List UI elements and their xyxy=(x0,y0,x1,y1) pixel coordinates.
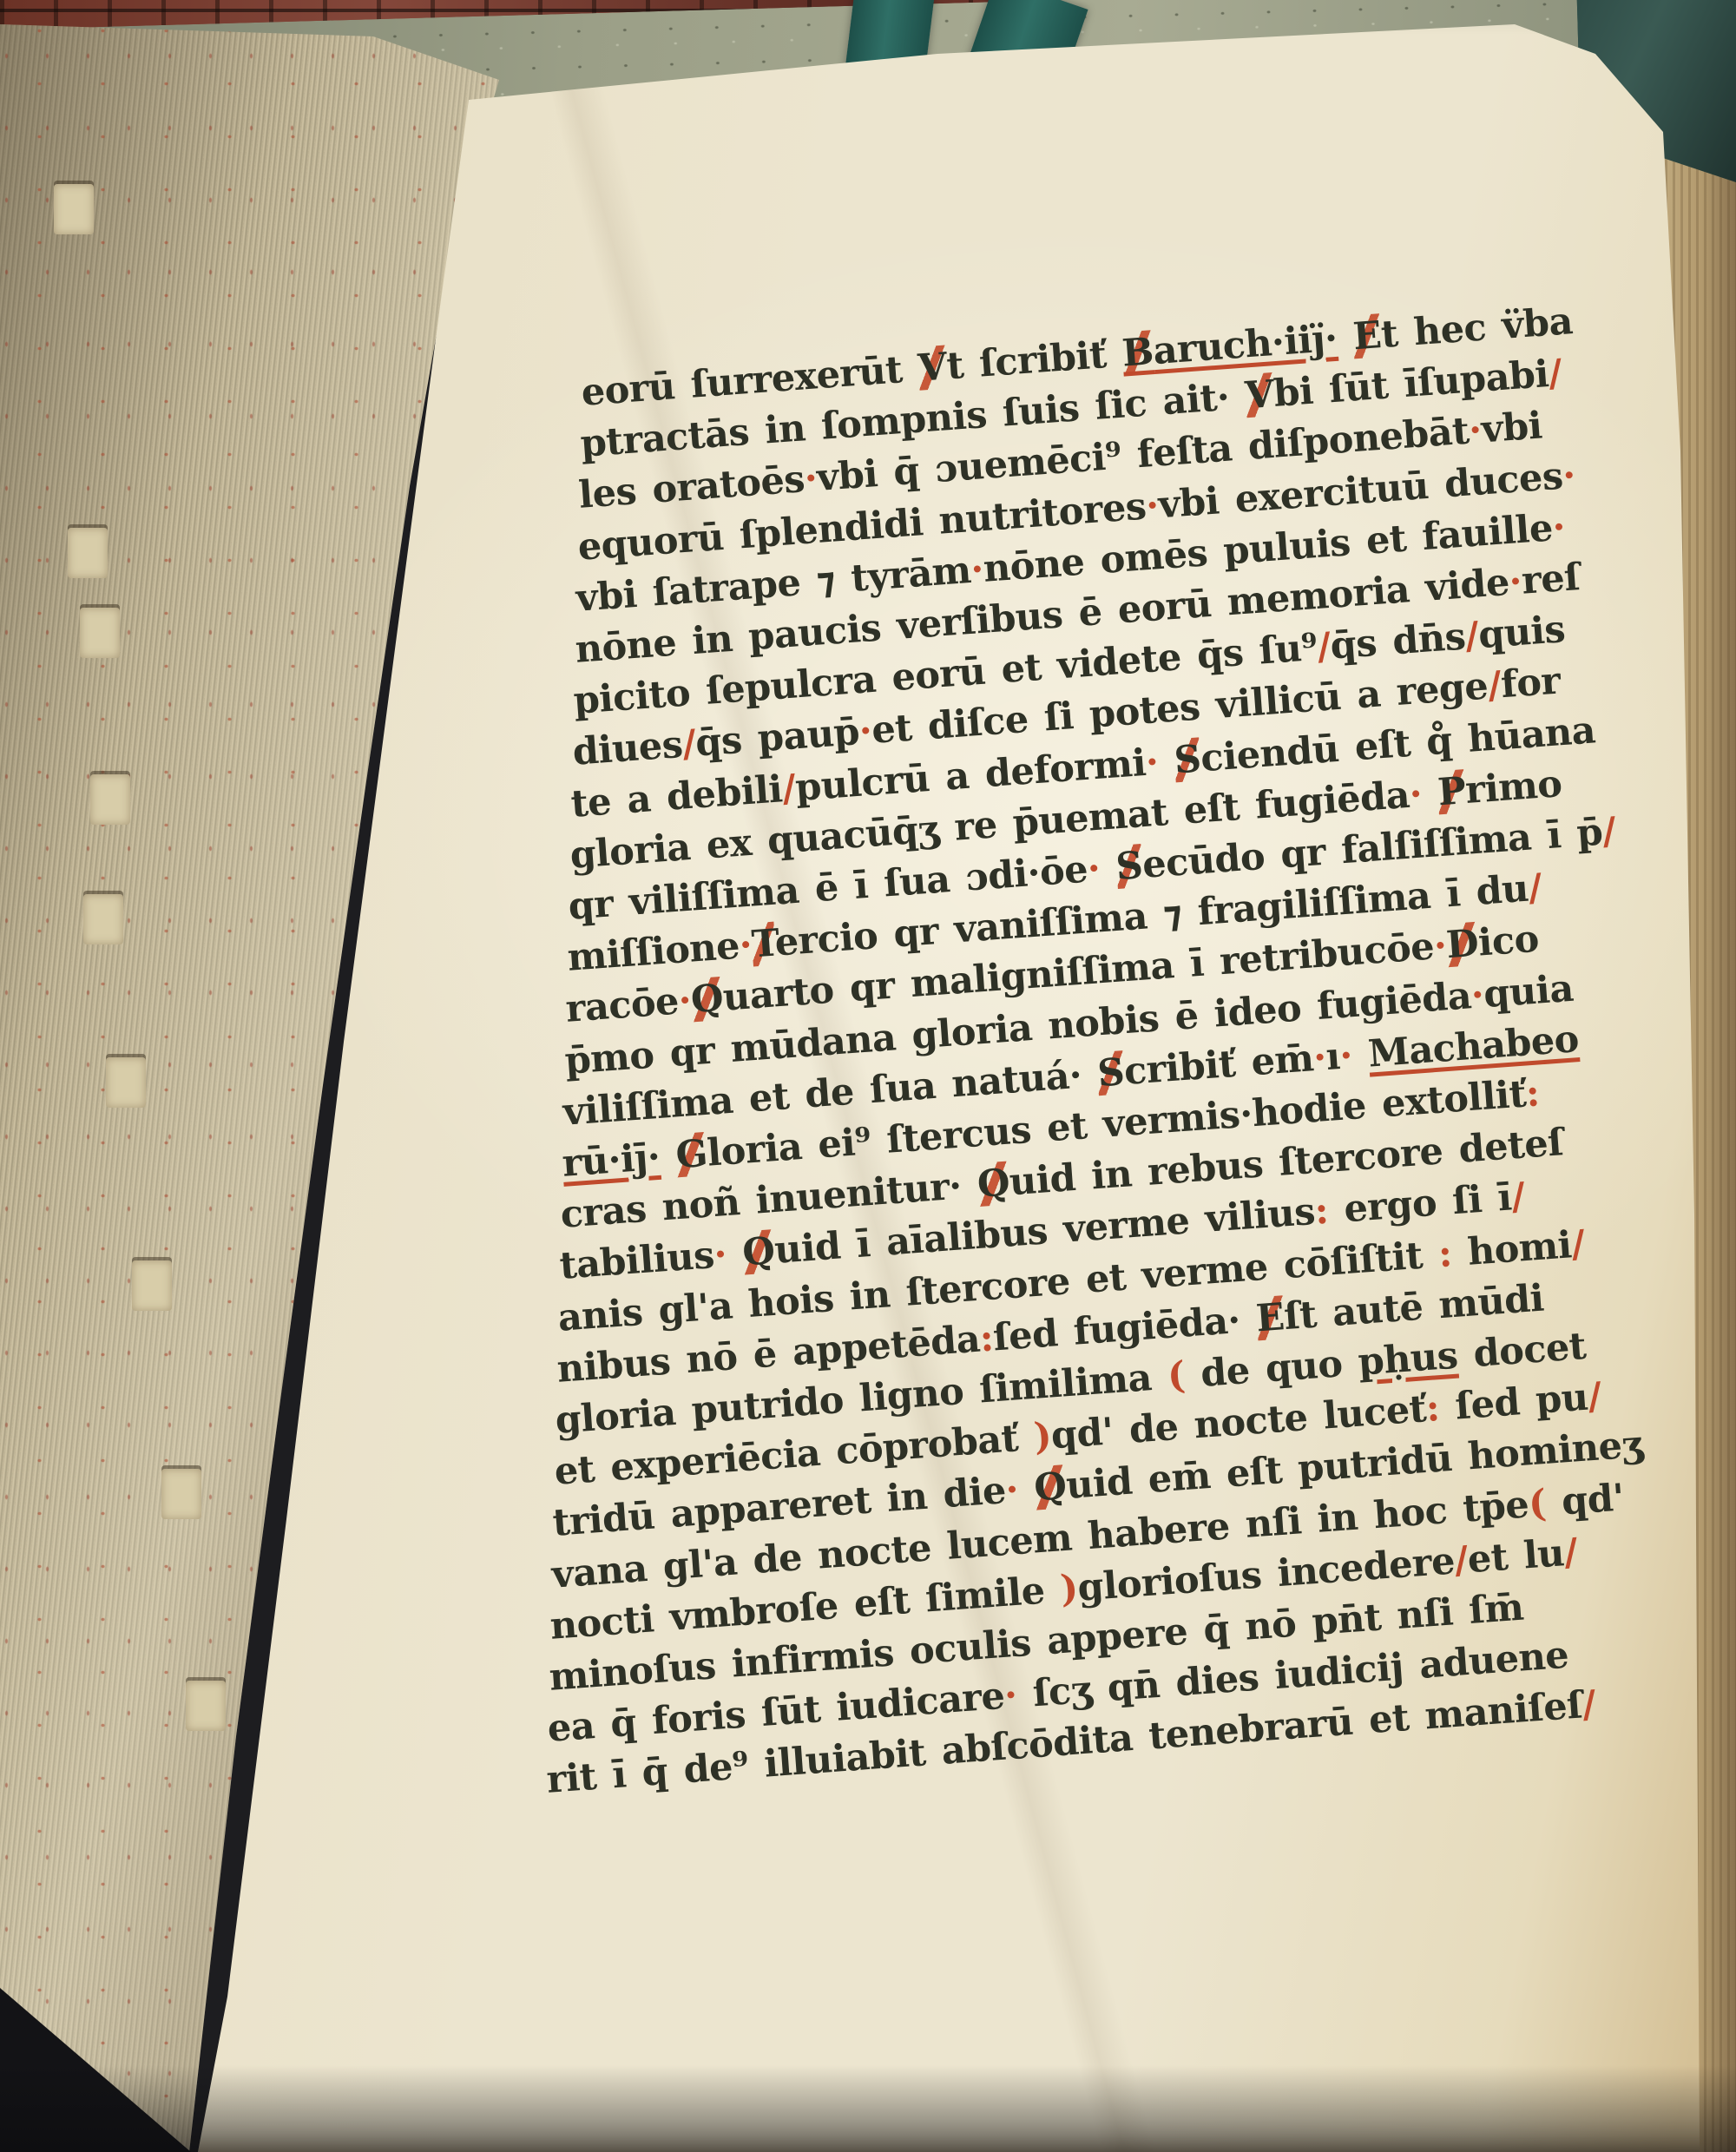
text-segment: t ſcribiť xyxy=(945,332,1124,389)
text-segment: q̄s paup̄ xyxy=(694,710,860,766)
rubric-segment: / xyxy=(1527,866,1543,911)
text-segment: V xyxy=(1243,372,1274,418)
text-segment: D xyxy=(1445,922,1480,968)
text-segment: cribiť em̄ xyxy=(1122,1037,1315,1094)
text-segment: for xyxy=(1499,660,1562,707)
rubric-segment: aruch·iij̈· xyxy=(1152,317,1338,373)
text-segment: ſed pu xyxy=(1437,1376,1589,1430)
text-segment: et lu xyxy=(1466,1531,1566,1582)
text-segment: ico xyxy=(1476,918,1540,965)
text-segment: ſt autē mūdi xyxy=(1282,1276,1545,1339)
text-segment: diues xyxy=(571,723,684,774)
text-segment: P xyxy=(1436,769,1466,814)
page-tab xyxy=(68,528,108,578)
page-tab xyxy=(132,1260,172,1311)
text-segment: te a debili xyxy=(569,767,784,826)
text-segment: docet xyxy=(1456,1325,1587,1378)
rubric-segment: · xyxy=(1561,453,1576,497)
text-segment: Q xyxy=(740,1229,775,1275)
text-segment: ſed fugiēda· xyxy=(991,1297,1258,1359)
page-tab xyxy=(161,1469,201,1519)
rubric-segment: pḥus xyxy=(1357,1334,1459,1385)
text-segment: S xyxy=(1115,844,1144,889)
page-tab xyxy=(106,1057,146,1108)
rubric-segment: / xyxy=(1562,1530,1579,1575)
rubric-segment: · xyxy=(1551,505,1567,550)
text-segment: reſ xyxy=(1520,556,1581,603)
text-segment: racōe xyxy=(564,980,681,1031)
page-tab xyxy=(54,184,94,234)
text-segment: t hec v̈ba xyxy=(1379,299,1574,357)
page-tab xyxy=(90,774,130,825)
text-segment: S xyxy=(1096,1050,1126,1096)
rubric-segment: : xyxy=(1524,1071,1541,1115)
text-segment: les oratoēs xyxy=(577,458,806,518)
text-segment: ergo ſi ī xyxy=(1326,1176,1513,1233)
text-segment: V xyxy=(917,345,948,390)
rubric-segment: / xyxy=(1570,1222,1587,1267)
rubric-segment: / xyxy=(1586,1375,1602,1419)
text-segment: q̄s dn̄s xyxy=(1329,615,1467,668)
rubric-segment: / xyxy=(1601,809,1617,853)
text-segment: qd' xyxy=(1544,1476,1626,1524)
rubric-segment: / xyxy=(1509,1175,1526,1220)
text-segment: rimo xyxy=(1463,762,1562,813)
rubric-segment: / xyxy=(1581,1683,1597,1728)
text-segment: S xyxy=(1173,737,1202,782)
rubric-segment: rū·ij̄· xyxy=(561,1135,661,1186)
text-segment: T xyxy=(750,922,776,967)
bottom-shadow xyxy=(0,2065,1736,2152)
book-photo: eorū ſurrexerūt Vt ſcribiť Baruch·iij̈· … xyxy=(0,0,1736,2152)
rubric-segment: Machabeo xyxy=(1367,1017,1581,1076)
text-segment: G xyxy=(674,1132,708,1177)
rubric-segment: B xyxy=(1121,330,1154,375)
text-segment: quis xyxy=(1477,608,1567,657)
rubric-segment: / xyxy=(1547,352,1563,396)
page-tab xyxy=(80,608,120,658)
text-segment: miſſione xyxy=(566,925,741,980)
text-segment: Q xyxy=(976,1162,1010,1208)
text-segment: de quo xyxy=(1183,1341,1359,1397)
page-tab xyxy=(83,894,123,944)
text-segment: Q xyxy=(1033,1464,1068,1510)
text-segment: tabilius xyxy=(558,1234,715,1288)
text-segment: E xyxy=(1351,313,1383,359)
text-segment: Q xyxy=(689,977,724,1023)
text-segment: homi xyxy=(1450,1223,1574,1275)
text-segment: E xyxy=(1254,1295,1286,1340)
page-tab xyxy=(186,1681,226,1731)
text-segment: quia xyxy=(1482,966,1575,1016)
text-segment: vbi xyxy=(1480,405,1543,452)
